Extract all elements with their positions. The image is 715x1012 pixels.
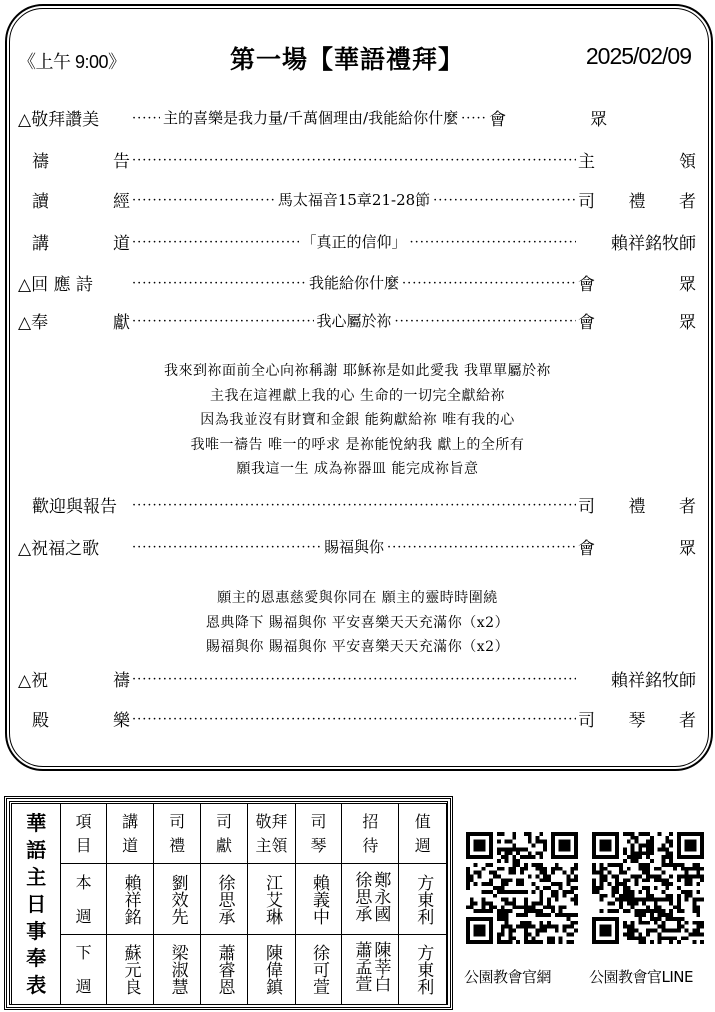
program-item: 殿樂······································… (18, 704, 696, 732)
program-item-content: 我心屬於祢 (316, 310, 393, 331)
program-item: 讀經······································… (18, 185, 696, 213)
program-item-person: 司禮者 (578, 187, 696, 212)
program-item-person: 會眾 (578, 270, 696, 295)
program-item-person: 會眾 (489, 105, 607, 130)
leader-dots: ········································… (132, 276, 306, 291)
duty-assignee: 徐思承 (200, 864, 247, 934)
lyric-line: 因為我並沒有財寶和金銀 能夠獻給祢 唯有我的心 (0, 408, 715, 433)
duty-assignee: 陳莘白蕭孟萱 (342, 934, 399, 1004)
program-item-label: △敬拜讚美 (18, 105, 130, 130)
bulletin-header: 《上午 9:00》 第一場【華語禮拜】 2025/02/09 (0, 40, 715, 76)
program-item-content: 主的喜樂是我力量/千萬個理由/我能給你什麼 (162, 107, 459, 128)
program-item: △祝福之歌···································… (18, 532, 696, 560)
duty-assignee: 徐可萱 (295, 934, 341, 1004)
leader-dots: ········································… (132, 314, 314, 329)
person-char: 賴祥銘牧師 (611, 229, 696, 254)
leader-dots: ········································… (402, 276, 576, 291)
service-title: 第一場【華語禮拜】 (230, 40, 464, 76)
leader-dots: ········································… (132, 111, 160, 126)
program-item-label: △祝禱 (18, 666, 130, 691)
program-item-label: 禱告 (18, 147, 130, 172)
leader-dots: ········································… (132, 712, 576, 727)
person-char: 眾 (679, 270, 696, 295)
duty-week-label: 下週 (61, 934, 106, 1004)
person-char: 領 (679, 147, 696, 172)
program-item-person: 賴祥銘牧師 (578, 666, 696, 691)
header-liturgist: 司禮 (154, 804, 200, 864)
person-char: 眾 (590, 105, 607, 130)
program-item-label: 講道 (18, 229, 130, 254)
lyric-line: 恩典降下 賜福與你 平安喜樂天天充滿你（x2） (0, 611, 715, 636)
header-offering: 司獻 (200, 804, 247, 864)
program-item: △敬拜讚美···································… (18, 103, 696, 131)
lyric-line: 我來到祢面前全心向祢稱謝 耶穌祢是如此愛我 我單單屬於祢 (0, 359, 715, 384)
program-item-label: △回 應 詩 (18, 270, 130, 295)
program-item-person: 主領 (578, 147, 696, 172)
leader-dots: ········································… (132, 193, 275, 208)
leader-dots: ········································… (132, 672, 576, 687)
duty-row-this-week: 本週賴祥銘劉效先徐思承江艾琳賴義中鄭永國徐思承方東利 (12, 864, 447, 934)
program-item-person: 司琴者 (578, 706, 696, 731)
lyric-line: 賜福與你 賜福與你 平安喜樂天天充滿你（x2） (0, 635, 715, 660)
program-item: △回 應 詩··································… (18, 268, 696, 296)
leader-dots: ········································… (132, 498, 576, 513)
duty-assignee: 蕭睿恩 (200, 934, 247, 1004)
duty-roster-table: 華語主日事奉表 項目 講道 司禮 司獻 敬拜主領 司琴 招待 值週 本週賴祥銘劉… (11, 803, 447, 1005)
duty-assignee: 蘇元良 (106, 934, 153, 1004)
person-char: 司 (578, 492, 595, 517)
lyric-line: 主我在這裡獻上我的心 生命的一切完全獻給祢 (0, 384, 715, 409)
person-char: 賴祥銘牧師 (611, 666, 696, 691)
service-date: 2025/02/09 (586, 43, 691, 70)
leader-dots: ········································… (132, 235, 299, 250)
qr-code-website[interactable] (466, 832, 578, 944)
person-char: 會 (489, 105, 506, 130)
lyric-line: 願主的恩惠慈愛與你同在 願主的靈時時圍繞 (0, 586, 715, 611)
header-weekly-duty: 值週 (399, 804, 447, 864)
program-item: 歡迎與報告···································… (18, 490, 696, 518)
lyric-line: 我唯一禱告 唯一的呼求 是祢能悅納我 獻上的全所有 (0, 433, 715, 458)
program-item-person: 會眾 (578, 534, 696, 559)
program-item: 禱告······································… (18, 145, 696, 173)
leader-dots: ········································… (132, 540, 321, 555)
program-item-label: 歡迎與報告 (18, 492, 130, 517)
program-item-person: 賴祥銘牧師 (578, 229, 696, 254)
person-char: 者 (679, 187, 696, 212)
header-item: 項目 (61, 804, 106, 864)
duty-assignee: 梁淑慧 (154, 934, 200, 1004)
program-item-content: 「真正的信仰」 (301, 231, 408, 252)
duty-assignee: 鄭永國徐思承 (342, 864, 399, 934)
program-item-content: 賜福與你 (323, 536, 385, 557)
duty-assignee: 方東利 (399, 864, 447, 934)
program-item: △奉獻·····································… (18, 306, 696, 334)
duty-assignee: 陳偉鎮 (248, 934, 295, 1004)
program-item-person: 會眾 (578, 308, 696, 333)
leader-dots: ········································… (461, 111, 487, 126)
offering-song-lyrics: 我來到祢面前全心向祢稱謝 耶穌祢是如此愛我 我單單屬於祢主我在這裡獻上我的心 生… (0, 359, 715, 482)
person-char: 琴 (629, 706, 646, 731)
person-char: 主 (578, 147, 595, 172)
qr-label-line: 公園教會官LINE (589, 966, 693, 987)
program-item: 講道······································… (18, 227, 696, 255)
person-char: 司 (578, 187, 595, 212)
program-item-content: 馬太福音15章21-28節 (277, 189, 431, 210)
person-char: 禮 (629, 492, 646, 517)
program-item-label: △奉獻 (18, 308, 130, 333)
person-char: 眾 (679, 308, 696, 333)
program-item-label: △祝福之歌 (18, 534, 130, 559)
person-char: 者 (679, 706, 696, 731)
header-worship-leader: 敬拜主領 (248, 804, 295, 864)
leader-dots: ········································… (395, 314, 577, 329)
leader-dots: ········································… (387, 540, 576, 555)
leader-dots: ········································… (410, 235, 577, 250)
person-char: 會 (578, 308, 595, 333)
program-item-content: 我能給你什麼 (308, 272, 400, 293)
service-time: 《上午 9:00》 (18, 48, 126, 74)
program-item-label: 殿樂 (18, 706, 130, 731)
duty-roster-title: 華語主日事奉表 (12, 804, 61, 1005)
leader-dots: ········································… (433, 193, 576, 208)
header-pianist: 司琴 (295, 804, 341, 864)
qr-label-website: 公園教會官網 (464, 966, 551, 987)
person-char: 者 (679, 492, 696, 517)
duty-assignee: 方東利 (399, 934, 447, 1004)
leader-dots: ········································… (132, 153, 576, 168)
duty-assignee: 江艾琳 (248, 864, 295, 934)
blessing-song-lyrics: 願主的恩惠慈愛與你同在 願主的靈時時圍繞恩典降下 賜福與你 平安喜樂天天充滿你（… (0, 586, 715, 660)
header-usher: 招待 (342, 804, 399, 864)
duty-row-next-week: 下週蘇元良梁淑慧蕭睿恩陳偉鎮徐可萱陳莘白蕭孟萱方東利 (12, 934, 447, 1004)
lyric-line: 願我這一生 成為祢器皿 能完成祢旨意 (0, 457, 715, 482)
program-item: △祝禱·····································… (18, 664, 696, 692)
program-item-label: 讀經 (18, 187, 130, 212)
person-char: 眾 (679, 534, 696, 559)
duty-roster: 華語主日事奉表 項目 講道 司禮 司獻 敬拜主領 司琴 招待 值週 本週賴祥銘劉… (4, 796, 453, 1010)
duty-assignee: 賴義中 (295, 864, 341, 934)
duty-week-label: 本週 (61, 864, 106, 934)
person-char: 司 (578, 706, 595, 731)
qr-code-line[interactable] (592, 832, 704, 944)
duty-assignee: 賴祥銘 (106, 864, 153, 934)
program-item-person: 司禮者 (578, 492, 696, 517)
person-char: 會 (578, 270, 595, 295)
header-sermon: 講道 (106, 804, 153, 864)
person-char: 會 (578, 534, 595, 559)
person-char: 禮 (629, 187, 646, 212)
duty-assignee: 劉效先 (154, 864, 200, 934)
